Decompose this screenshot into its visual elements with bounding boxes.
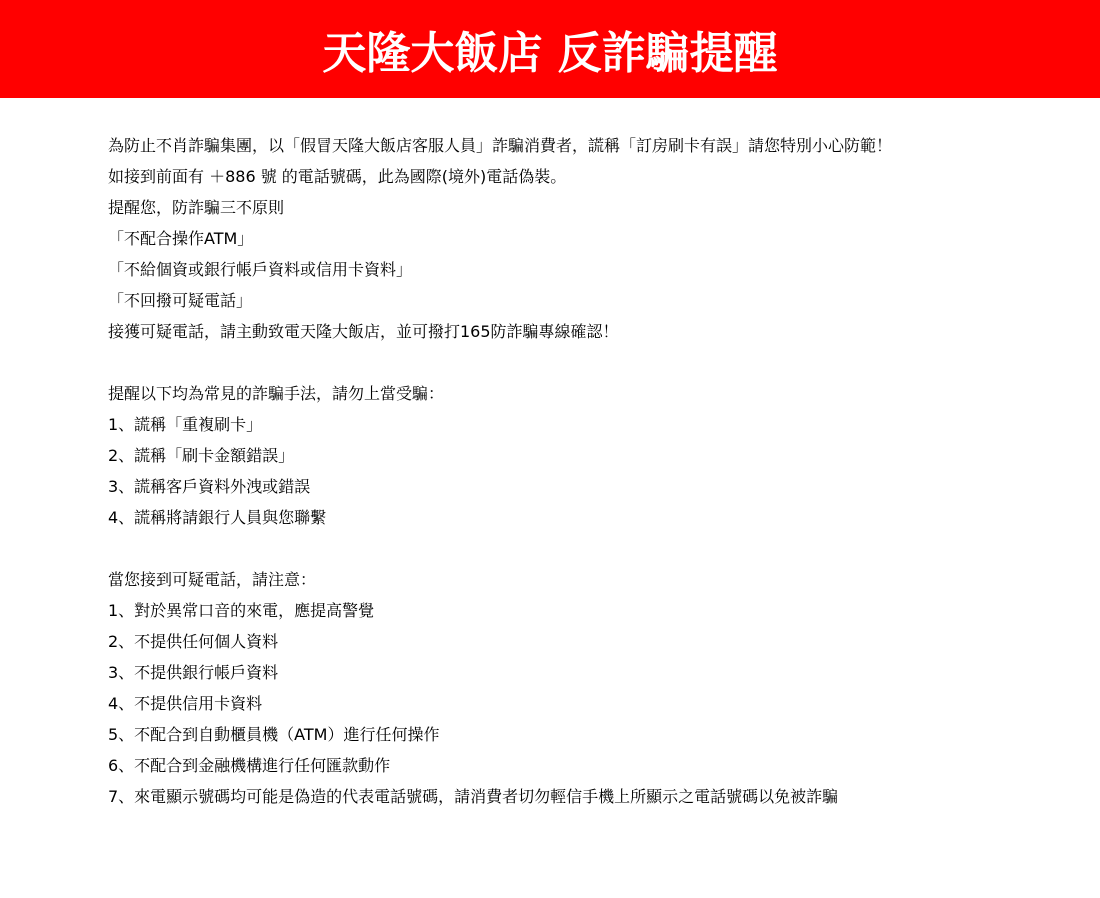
principle-line: 「不給個資或銀行帳戶資料或信用卡資料」 (108, 254, 1068, 285)
intro-line: 為防止不肖詐騙集團，以「假冒天隆大飯店客服人員」詐騙消費者，謊稱「訂房刷卡有誤」… (108, 130, 1068, 161)
list-item: 2、不提供任何個人資料 (108, 626, 1068, 657)
header-banner: 天隆大飯店 反詐騙提醒 (0, 0, 1100, 98)
notice-body: 為防止不肖詐騙集團，以「假冒天隆大飯店客服人員」詐騙消費者，謊稱「訂房刷卡有誤」… (108, 130, 1068, 812)
page-title: 天隆大飯店 反詐騙提醒 (322, 17, 777, 81)
spacer (108, 533, 1068, 564)
list-item: 4、不提供信用卡資料 (108, 688, 1068, 719)
spacer (108, 347, 1068, 378)
list-item: 4、謊稱將請銀行人員與您聯繫 (108, 502, 1068, 533)
principle-line: 「不配合操作ATM」 (108, 223, 1068, 254)
intro-line: 提醒您，防詐騙三不原則 (108, 192, 1068, 223)
list-item: 3、不提供銀行帳戶資料 (108, 657, 1068, 688)
list-item: 6、不配合到金融機構進行任何匯款動作 (108, 750, 1068, 781)
intro-section: 為防止不肖詐騙集團，以「假冒天隆大飯店客服人員」詐騙消費者，謊稱「訂房刷卡有誤」… (108, 130, 1068, 347)
precautions-heading: 當您接到可疑電話，請注意： (108, 564, 1068, 595)
tactics-section: 提醒以下均為常見的詐騙手法，請勿上當受騙： 1、謊稱「重複刷卡」 2、謊稱「刷卡… (108, 378, 1068, 533)
list-item: 1、對於異常口音的來電，應提高警覺 (108, 595, 1068, 626)
list-item: 1、謊稱「重複刷卡」 (108, 409, 1068, 440)
principle-line: 「不回撥可疑電話」 (108, 285, 1068, 316)
tactics-heading: 提醒以下均為常見的詐騙手法，請勿上當受騙： (108, 378, 1068, 409)
intro-line: 如接到前面有 ＋886 號 的電話號碼，此為國際(境外)電話偽裝。 (108, 161, 1068, 192)
intro-line: 接獲可疑電話，請主動致電天隆大飯店，並可撥打165防詐騙專線確認！ (108, 316, 1068, 347)
list-item: 3、謊稱客戶資料外洩或錯誤 (108, 471, 1068, 502)
list-item: 7、來電顯示號碼均可能是偽造的代表電話號碼，請消費者切勿輕信手機上所顯示之電話號… (108, 781, 1068, 812)
list-item: 2、謊稱「刷卡金額錯誤」 (108, 440, 1068, 471)
precautions-section: 當您接到可疑電話，請注意： 1、對於異常口音的來電，應提高警覺 2、不提供任何個… (108, 564, 1068, 812)
list-item: 5、不配合到自動櫃員機（ATM）進行任何操作 (108, 719, 1068, 750)
